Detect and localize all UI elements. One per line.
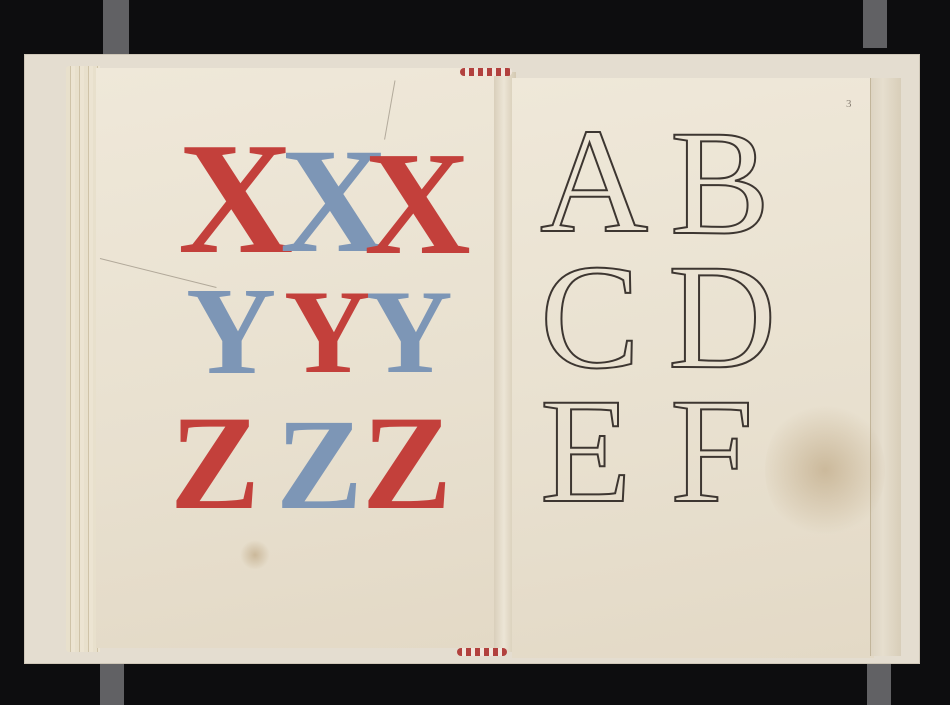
letter-e: E [540,376,632,526]
water-stain [765,400,885,540]
top-left-tape-strip [103,0,129,60]
letter-f: F [670,376,753,526]
right-leaf-edge [870,78,901,656]
top-right-tape-strip [863,0,887,48]
top-stitch-thread [460,68,512,76]
small-stain [240,540,270,570]
letter-x-red-2: X [364,130,471,278]
letter-z-red-2: Z [362,396,452,531]
bottom-stitch-thread [457,648,507,656]
bottom-right-tape-strip [867,664,891,705]
letter-y-blue-1: Y [186,270,276,395]
letter-x-red-1: X [178,118,294,278]
folio-number: 3 [846,98,852,110]
letter-z-blue: Z [276,400,363,530]
letter-y-red: Y [284,272,371,392]
bottom-left-tape-strip [100,664,124,705]
letter-z-red-1: Z [170,396,260,531]
letter-y-blue-2: Y [366,272,453,392]
left-leaf-edges [66,66,100,652]
